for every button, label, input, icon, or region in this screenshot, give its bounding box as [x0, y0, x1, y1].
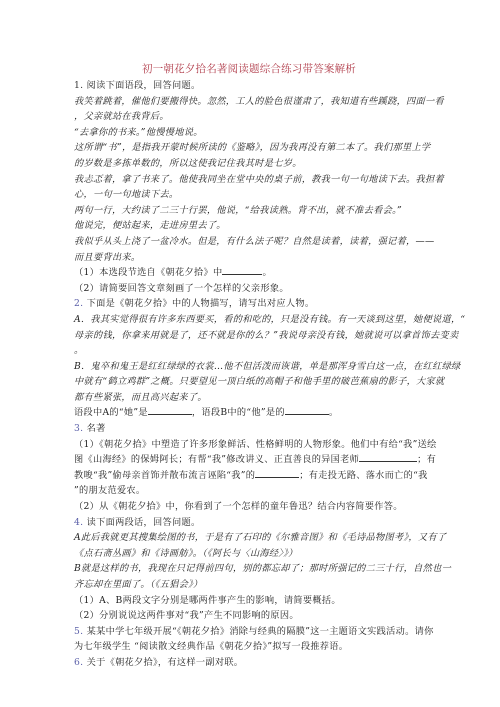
- answer-blank-b[interactable]: [285, 405, 329, 415]
- q3-sub1-line: ”的朋友范爱农。: [74, 483, 424, 499]
- document-title: 初一朝花夕拾名著阅读题综合练习带答案解析: [74, 62, 424, 76]
- q1-passage-line: ，父亲就站在我背后。: [74, 109, 424, 125]
- q5-line: 5. 某某中学七年级开展“《朝花夕拾》消除与经典的隔膜”这一主题语文实践活动。请…: [74, 624, 424, 640]
- q6-number: 6.: [74, 657, 83, 668]
- q2-answer-line: 语段中A的“她”是，语段B中的“他”是的。: [74, 405, 424, 421]
- answer-blank-person[interactable]: [255, 468, 299, 478]
- q2-number: 2.: [74, 298, 83, 309]
- q3-prompt: 3. 名著: [74, 421, 424, 437]
- q4-passage-line: 齐忘却在里面了。（《五猖会》）: [74, 577, 424, 593]
- q4-prompt: 4. 读下面两段话，回答问题。: [74, 515, 424, 531]
- q6-prompt: 6. 关于《朝花夕拾》，有这样一副对联。: [74, 655, 424, 671]
- q2-passage-a-line: 母亲的钱，你拿来用就是了，还不就是你的么？”我说母亲没有钱，她就说可以拿首饰去变…: [74, 328, 424, 344]
- q5-line: 为七年级学生 “阅读散文经典作品《朝花夕拾》”拟写一段推荐语。: [74, 639, 424, 655]
- answer-blank-a[interactable]: [148, 405, 192, 415]
- q1-passage-line: “去拿你的书来。”他慢慢地说。: [74, 125, 424, 141]
- q1-sub1: （1）本选段节选自《朝花夕拾》中。: [74, 265, 424, 281]
- q1-number: 1.: [74, 80, 83, 91]
- q1-passage-line: 我似乎从头上浇了一盆冷水。但是，有什么法子呢？自然是读着，读着，强记着，——: [74, 234, 424, 250]
- q3-sub1-line: 图《山海经》的保姆阿长；有帮“我”修改讲义、正直善良的异国老师；有: [74, 452, 424, 468]
- q1-sub2: （2）请简要回答文章刻画了一个怎样的父亲形象。: [74, 281, 424, 297]
- q1-passage-line: 而且要背出来。: [74, 250, 424, 266]
- q3-sub1-line: （1）《朝花夕拾》中塑造了许多形象鲜活、性格鲜明的人物形象。他们中有给“我”送绘: [74, 437, 424, 453]
- q4-passage-line: B就是这样的书，我现在只记得前四句，别的都忘却了；那时所强记的二三十行，自然也一: [74, 561, 424, 577]
- q1-passage-line: 两句一行，大约读了二三十行罢，他说，“给我读熟。背不出，就不准去看会。”: [74, 203, 424, 219]
- q4-number: 4.: [74, 517, 83, 528]
- q2-passage-a-line: A．我其实觉得很有许多东西要买，看的和吃的，只是没有钱。有一天谈到这里，她便说道…: [74, 312, 424, 328]
- q1-passage-line: 的岁数是多拣单数的，所以这使我记住我其时是七岁。: [74, 156, 424, 172]
- q3-sub1-line: 教唆“我”偷母亲首饰并散布流言诬陷“我”的；有走投无路、落水而亡的“我: [74, 468, 424, 484]
- q1-passage-line: 这所谓“书”，是指我开蒙时候所读的《鉴略》，因为我再没有第二本了。我们那里上学: [74, 140, 424, 156]
- q1-passage-line: 我笑着跳着，催他们要搬得快。忽然，工人的脸色很谨肃了，我知道有些蹊跷，四面一看: [74, 94, 424, 110]
- document-page: 初一朝花夕拾名著阅读题综合练习带答案解析 1. 阅读下面语段，回答问题。 我笑着…: [74, 62, 424, 671]
- q2-passage-a-line: 。: [74, 343, 424, 359]
- q4-sub1: （1）A、B两段文字分别是哪两件事产生的影响，请简要概括。: [74, 593, 424, 609]
- answer-blank-teacher[interactable]: [359, 452, 417, 462]
- q1-passage-line: 我忐忑着，拿了书来了。他使我同坐在堂中央的桌子前，教我一句一句地读下去。我担着: [74, 172, 424, 188]
- q5-number: 5.: [74, 626, 83, 637]
- q1-prompt: 1. 阅读下面语段，回答问题。: [74, 78, 424, 94]
- q2-passage-b-line: 中就有“鹤立鸡群”之概。只要望见一顶白纸的高帽子和他手里的破芭蕉扇的影子，大家就: [74, 374, 424, 390]
- q3-number: 3.: [74, 423, 83, 434]
- q4-passage-line: 《点石斋丛画》和《诗画舫》。（《阿长与〈山海经〉》）: [74, 546, 424, 562]
- q3-sub2: （2）从《朝花夕拾》中，你看到了一个怎样的童年鲁迅？结合内容简要作答。: [74, 499, 424, 515]
- q4-passage-line: A此后我就更其搜集绘图的书，于是有了石印的《尔雅音图》和《毛诗品物图考》，又有了: [74, 530, 424, 546]
- q2-passage-b-line: 都有些紧张，而且高兴起来了。: [74, 390, 424, 406]
- q1-passage-line: 他说完，便站起来，走进房里去了。: [74, 218, 424, 234]
- q2-prompt: 2. 下面是《朝花夕拾》中的人物描写，请写出对应人物。: [74, 296, 424, 312]
- q4-sub2: （2）分别说说这两件事对“我”产生不同影响的原因。: [74, 608, 424, 624]
- q2-passage-b-line: B．鬼卒和鬼王是红红绿绿的衣裳…他不但活泼而诙谐，单是那浑身雪白这一点，在红红绿…: [74, 359, 424, 375]
- answer-blank[interactable]: [222, 265, 262, 275]
- q1-passage-line: 心，一句一句地读下去。: [74, 187, 424, 203]
